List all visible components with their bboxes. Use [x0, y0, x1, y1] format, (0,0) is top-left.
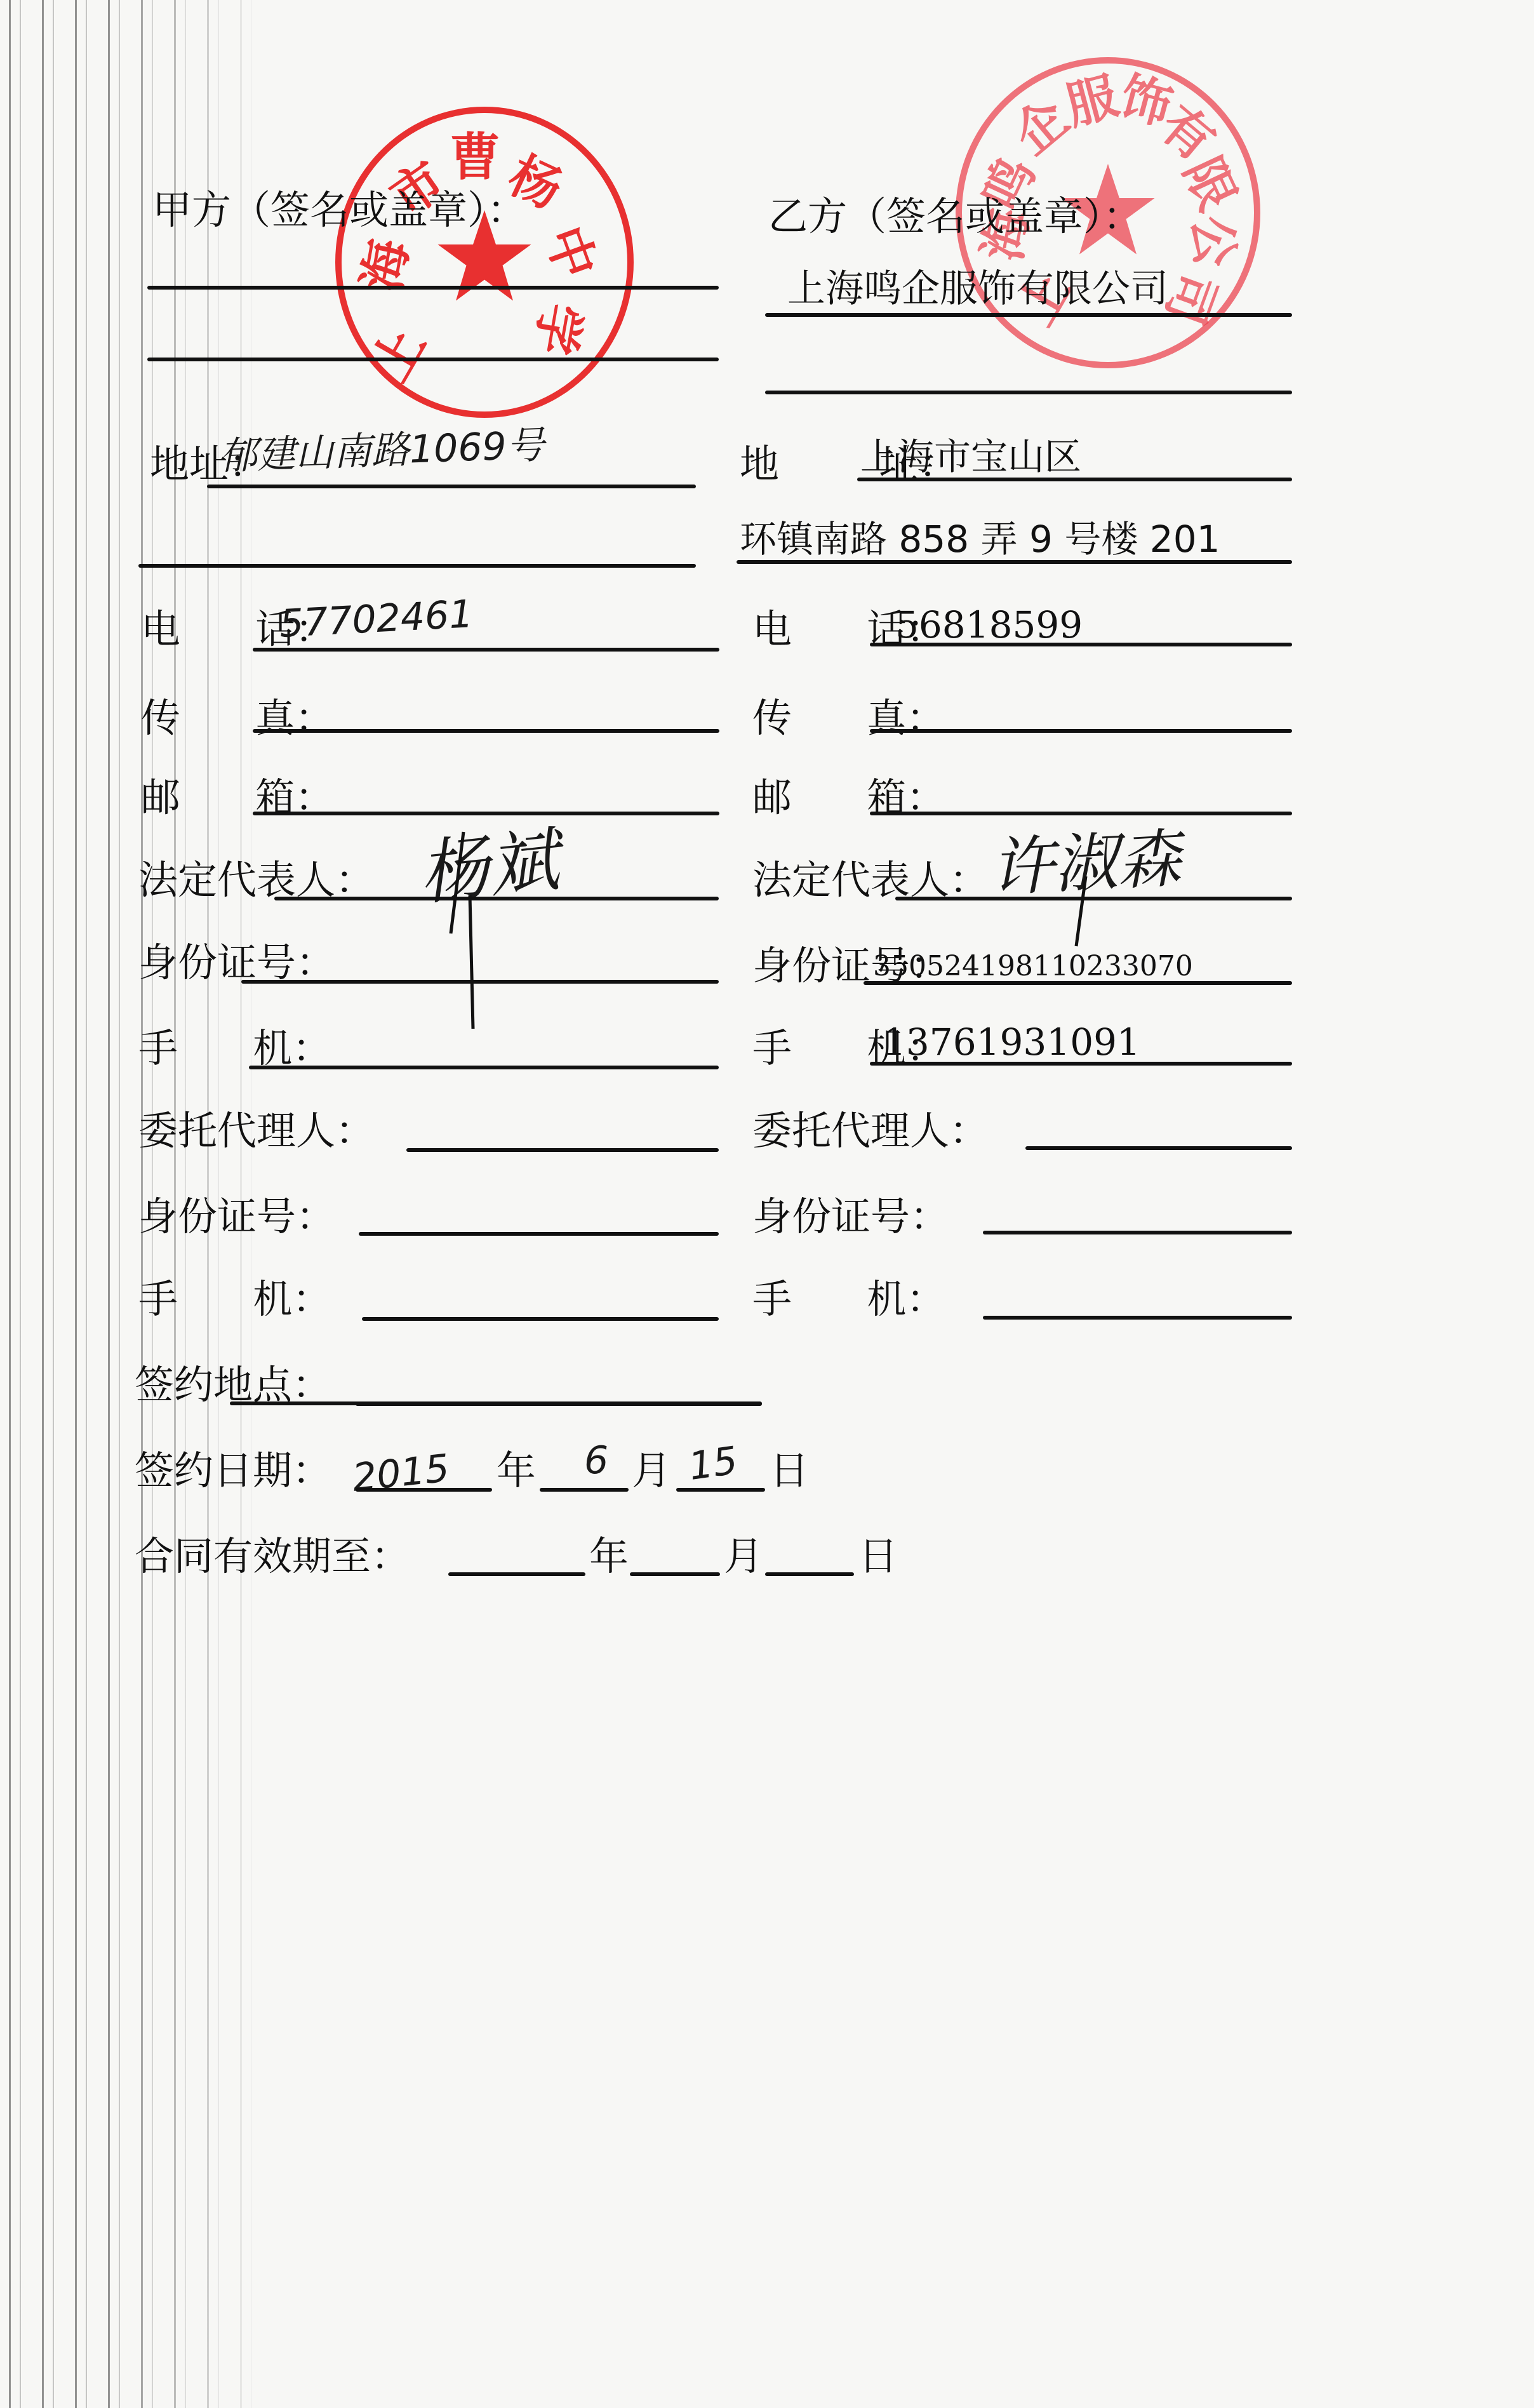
party-a-id-field[interactable] [241, 980, 719, 984]
party-a-address-line-2 [138, 564, 696, 568]
signing-date-month: 6 [584, 1441, 608, 1480]
party-a-phone-value: 57702461 [279, 595, 474, 643]
party-b-address-line1: 上海市宝山区 [860, 438, 1081, 475]
party-a-address-line-1 [207, 485, 696, 488]
signing-date-day: 15 [686, 1441, 740, 1486]
party-b-phone-value: 56818599 [895, 606, 1083, 643]
validity-year-field[interactable] [448, 1572, 585, 1576]
party-a-mobile-field[interactable] [249, 1066, 719, 1069]
signing-date-label: 签约日期： [135, 1451, 331, 1490]
validity-day-field[interactable] [765, 1572, 854, 1576]
signature-stroke [381, 819, 546, 1041]
party-b-agent-mobile-field[interactable] [983, 1316, 1292, 1320]
party-a-fax-field[interactable] [253, 729, 719, 733]
party-a-heading: 甲方（签名或盖章）： [152, 191, 526, 230]
validity-month-field[interactable] [630, 1572, 720, 1576]
signing-place-label: 签约地点： [135, 1365, 331, 1405]
party-a-agent-mobile-label: 手 机： [138, 1280, 331, 1319]
party-a-seal: 上 海 市 曹 杨 中 学 [335, 107, 634, 418]
signing-month-unit: 月 [632, 1451, 671, 1490]
party-b-mobile-value: 13761931091 [883, 1024, 1140, 1060]
party-a-email-field[interactable] [253, 812, 719, 815]
party-b-legal-rep-line [895, 897, 1292, 900]
validity-year-unit: 年 [589, 1537, 629, 1576]
seal-char: 曹 [450, 132, 500, 183]
party-a-sign-line-2 [147, 358, 719, 361]
party-a-address-value: 郁建山南路1069号 [218, 426, 545, 476]
signing-date-year-line [356, 1488, 492, 1492]
party-b-id-line [864, 981, 1292, 985]
party-a-phone-line [253, 648, 719, 652]
party-a-legal-rep-line [274, 897, 719, 900]
party-a-agent-id-label: 身份证号： [138, 1197, 335, 1236]
party-b-agent-field[interactable] [1025, 1146, 1292, 1150]
party-b-heading: 乙方（签名或盖章）： [768, 197, 1142, 236]
party-a-agent-label: 委托代理人： [138, 1111, 375, 1151]
party-b-sign-line-2 [765, 391, 1292, 394]
party-a-mobile-label: 手 机： [138, 1029, 331, 1068]
validity-label: 合同有效期至： [135, 1537, 410, 1576]
party-a-sign-line-1 [147, 286, 719, 290]
party-b-agent-id-label: 身份证号： [752, 1197, 949, 1236]
party-b-fax-field[interactable] [870, 729, 1292, 733]
party-b-address-line2: 环镇南路 858 弄 9 号楼 201 [740, 521, 1220, 558]
validity-day-unit: 日 [858, 1537, 898, 1576]
seal-char: 上 [364, 319, 433, 389]
party-b-phone-line [870, 643, 1292, 646]
party-b-legal-rep-label: 法定代表人： [752, 860, 989, 900]
seal-char: 中 [538, 220, 603, 286]
validity-month-unit: 月 [724, 1537, 763, 1576]
party-b-name-line [765, 313, 1292, 317]
party-a-agent-mobile-field[interactable] [362, 1317, 719, 1321]
signing-date-day-line [676, 1488, 765, 1492]
party-b-email-field[interactable] [870, 812, 1292, 815]
seal-char: 学 [528, 300, 587, 359]
party-b-id-value: 350524198110233070 [873, 953, 1193, 980]
party-a-agent-field[interactable] [406, 1148, 719, 1152]
signing-place-field-2 [356, 1402, 762, 1406]
party-b-address-line-1 [857, 478, 1292, 481]
party-b-mobile-line [870, 1062, 1292, 1066]
party-b-agent-mobile-label: 手 机： [752, 1280, 945, 1319]
party-b-name-value: 上海鸣企服饰有限公司 [787, 270, 1168, 308]
party-a-legal-rep-label: 法定代表人： [138, 860, 375, 900]
party-a-agent-id-field[interactable] [359, 1232, 719, 1236]
party-b-agent-label: 委托代理人： [752, 1111, 989, 1151]
signing-day-unit: 日 [770, 1451, 809, 1490]
signing-year-unit: 年 [497, 1451, 536, 1490]
signing-date-month-line [540, 1488, 629, 1492]
seal-char: 公 [1185, 214, 1241, 269]
party-b-address-line-2 [737, 560, 1292, 564]
party-a-id-label: 身份证号： [138, 943, 335, 982]
party-b-agent-id-field[interactable] [983, 1231, 1292, 1234]
signature-stroke [1067, 876, 1105, 953]
